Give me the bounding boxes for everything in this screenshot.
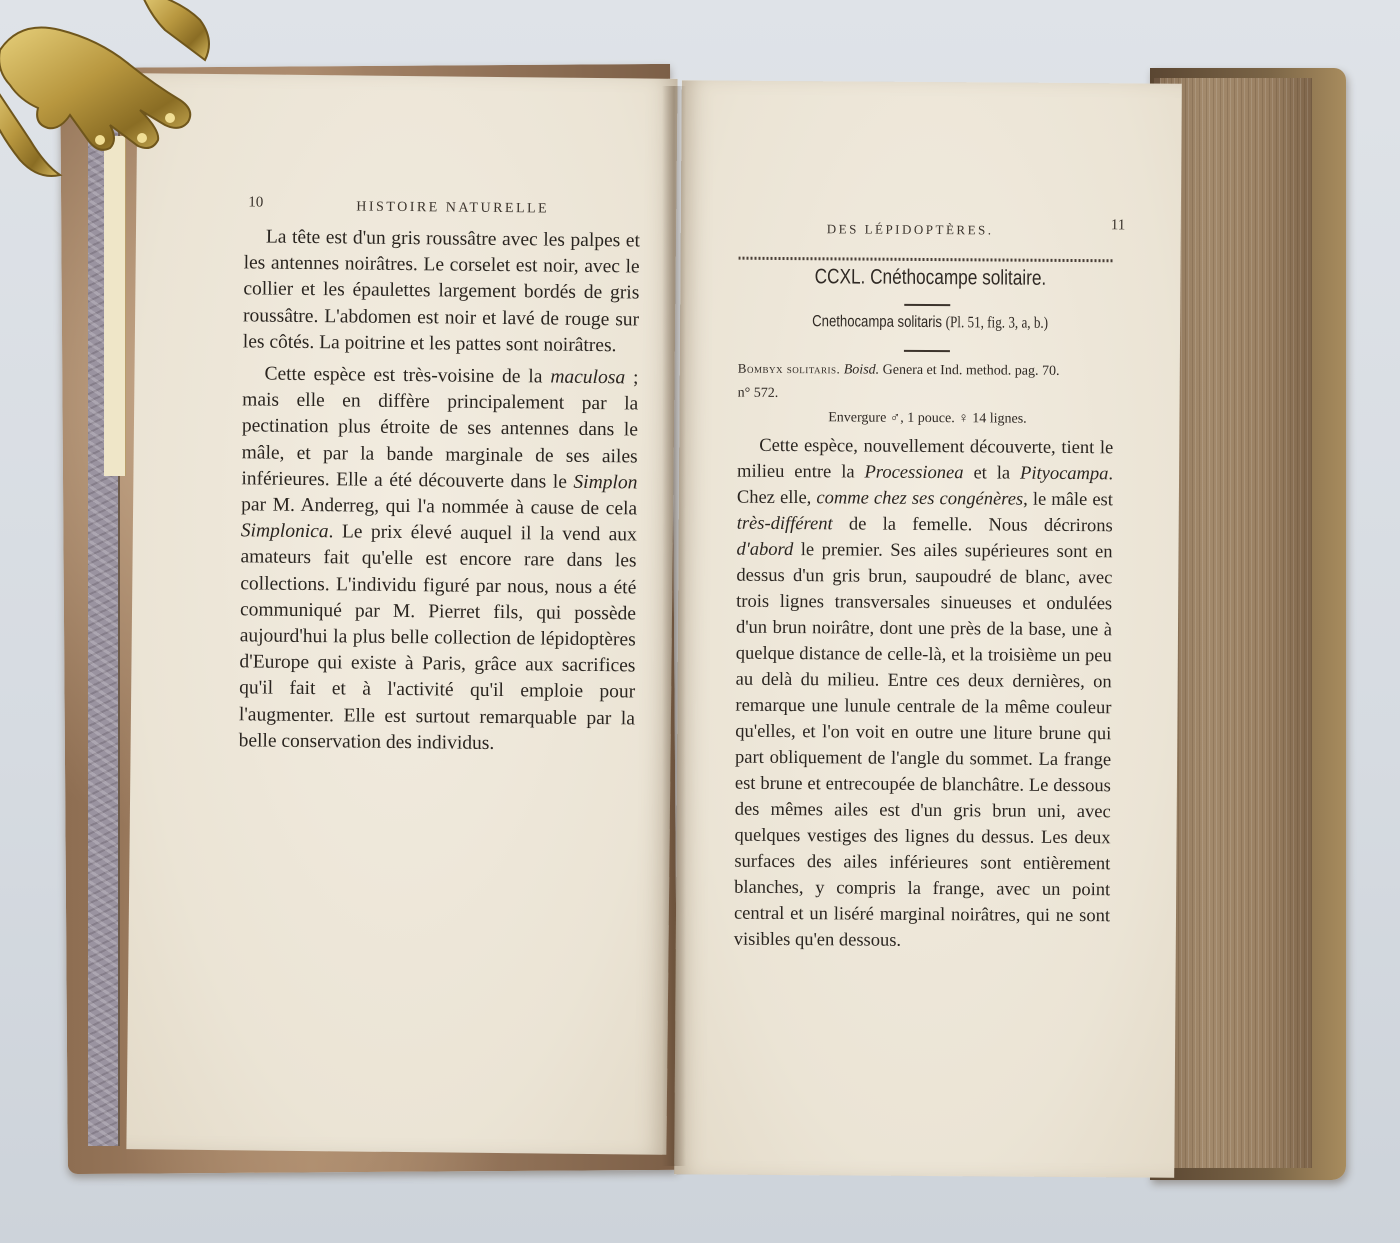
latin-name-line: Cnethocampa solitaris (Pl. 51, fig. 3, a… [741,313,1118,334]
open-book: 10 Histoire naturelle La tête est d'un g… [62,56,1347,1176]
running-head-left: Histoire naturelle [356,199,549,217]
gutter-shadow [662,86,686,1166]
page-number-right: 11 [1111,217,1126,234]
latin-rule [904,350,950,352]
synonymy-line: Bombyx solitaris. Boisd. Genera et Ind. … [738,357,1118,385]
right-page: Des Lépidoptères. 11 CCXL. Cnéthocampe s… [674,80,1182,1177]
synonym-number: n° 572. [738,382,1118,409]
left-page-body: La tête est d'un gris roussâtre avec les… [238,224,640,764]
heading-rule [904,304,950,306]
paragraph-2: Cette espèce est très-voisine de la macu… [239,361,639,758]
species-description: Cette espèce, nouvellement découverte, t… [734,433,1114,956]
synonymy-block: Bombyx solitaris. Boisd. Genera et Ind. … [737,357,1118,433]
synonym-name: Bombyx solitaris. [738,361,841,377]
plate-reference: (Pl. 51, fig. 3, a, b.) [946,314,1049,332]
paragraph-1: La tête est d'un gris roussâtre avec les… [243,224,640,359]
right-page-body: Cette espèce, nouvellement découverte, t… [734,433,1114,962]
latin-name: Cnethocampa solitaris [812,313,942,331]
synonym-author: Boisd. [844,362,879,377]
running-head-right: Des Lépidoptères. [827,221,994,238]
species-heading: CCXL. Cnéthocampe solitaire. [758,265,1103,291]
synonym-reference: Genera et Ind. method. pag. 70. [883,363,1060,379]
page-number-left: 10 [248,194,263,211]
wingspan: Envergure ♂, 1 pouce. ♀ 14 lignes. [737,406,1117,433]
dotted-separator [739,257,1113,263]
left-page: 10 Histoire naturelle La tête est d'un g… [126,73,677,1155]
brass-hand-clip-icon [0,0,230,190]
